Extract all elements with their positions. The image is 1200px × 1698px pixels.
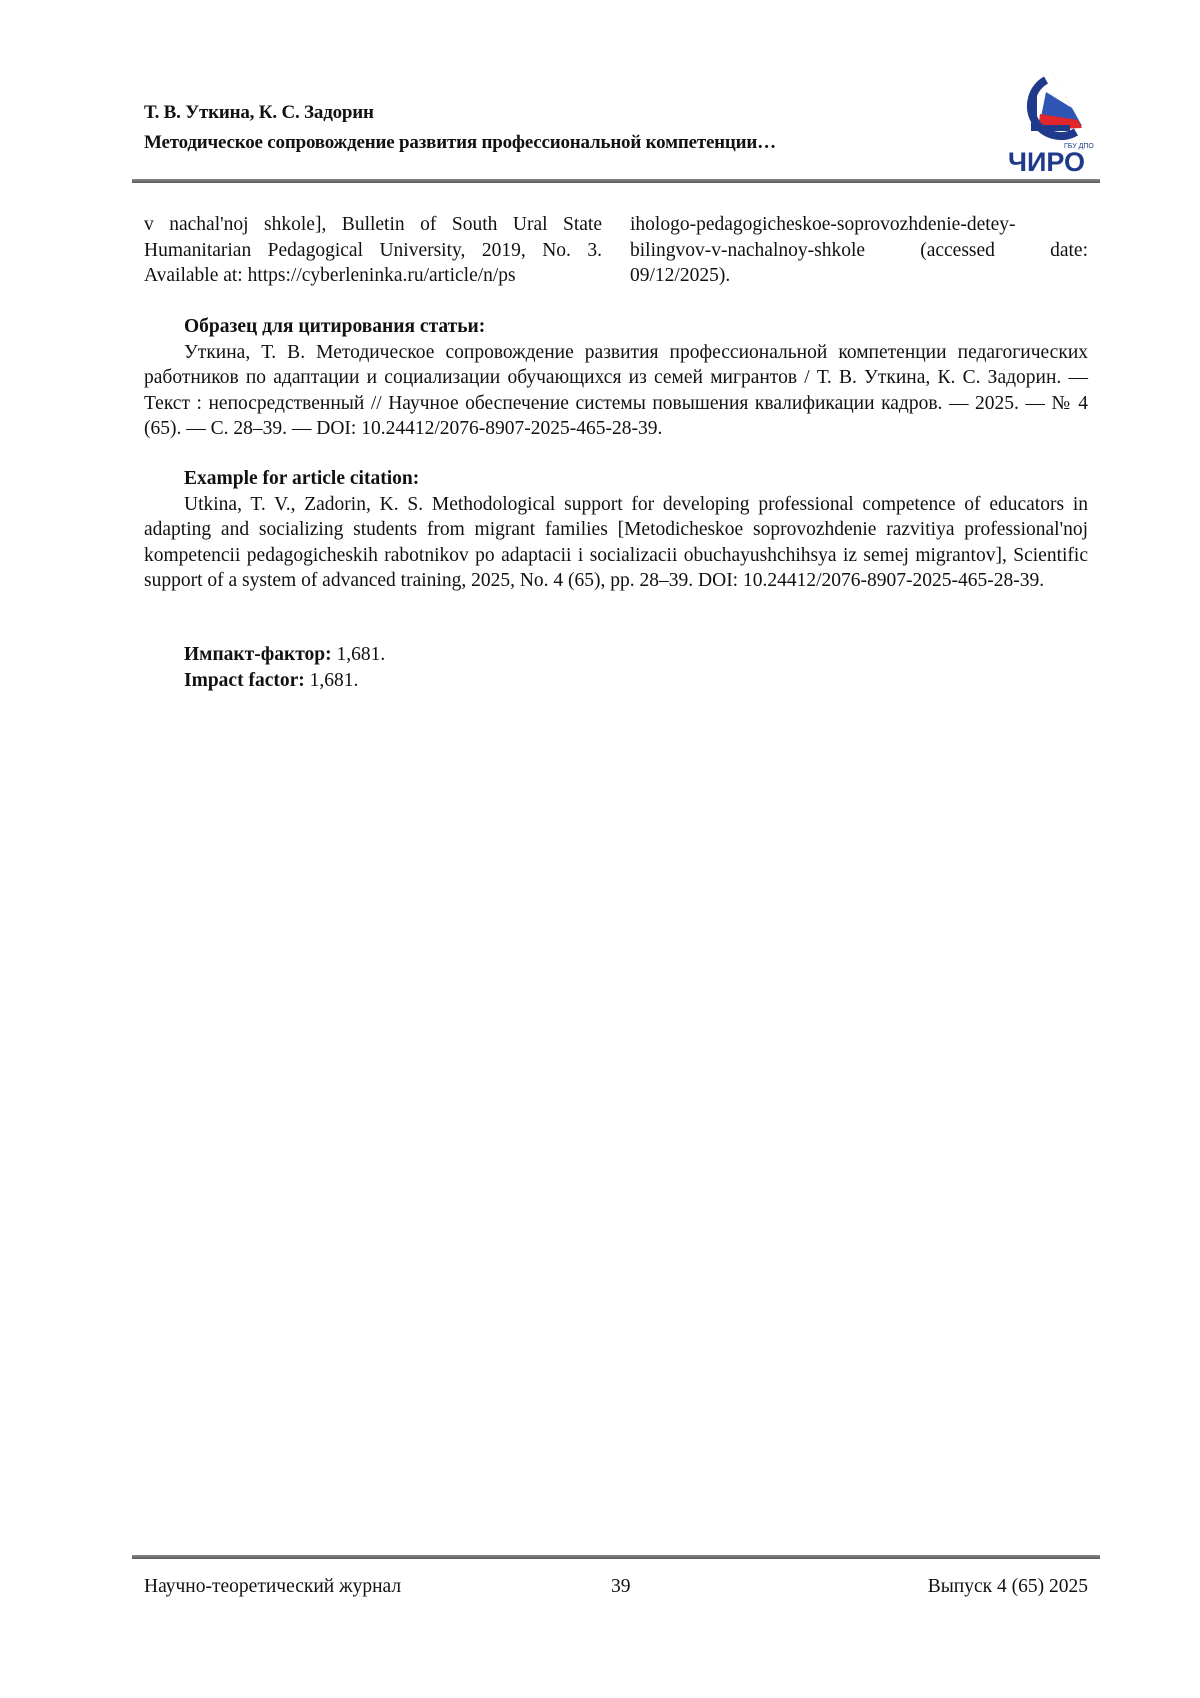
impact-factor-en-label: Impact factor: [184,670,305,691]
impact-factor-ru-label: Импакт-фактор: [184,644,332,665]
running-header: Т. В. Уткина, К. С. Задорин Методическое… [144,98,974,158]
references-tail: v nachal'noj shkole], Bulletin of South … [144,212,1088,289]
citation-en-text: Utkina, T. V., Zadorin, K. S. Methodolog… [144,492,1088,594]
impact-factor-ru: Импакт-фактор: 1,681. [144,642,1088,668]
chiro-logo-icon: ГБУ ДПО ЧИРО [1000,68,1100,174]
footer-issue: Выпуск 4 (65) 2025 [928,1574,1088,1600]
citation-ru: Образец для цитирования статьи: Уткина, … [144,314,1088,442]
reference-text-right: ihologo-pedagogicheskoe-soprovozhdenie-d… [630,212,1088,289]
header-article-title: Методическое сопровождение развития проф… [144,128,974,158]
references-right-column: ihologo-pedagogicheskoe-soprovozhdenie-d… [630,212,1088,289]
references-left-column: v nachal'noj shkole], Bulletin of South … [144,212,602,289]
header-rule [132,179,1100,183]
reference-text-left: v nachal'noj shkole], Bulletin of South … [144,212,602,289]
impact-factor: Импакт-фактор: 1,681. Impact factor: 1,6… [144,642,1088,693]
citation-ru-heading: Образец для цитирования статьи: [144,314,1088,340]
page-number: 39 [611,1574,631,1600]
impact-factor-ru-value: 1,681. [337,644,386,665]
header-authors: Т. В. Уткина, К. С. Задорин [144,98,974,128]
impact-factor-en: Impact factor: 1,681. [144,668,1088,694]
citation-en-heading: Example for article citation: [144,466,1088,492]
citation-ru-text: Уткина, Т. В. Методическое сопровождение… [144,340,1088,442]
impact-factor-en-value: 1,681. [310,670,359,691]
citation-en: Example for article citation: Utkina, T.… [144,466,1088,594]
logo-name: ЧИРО [1008,147,1085,174]
footer-journal-type: Научно-теоретический журнал [144,1574,401,1600]
journal-page: Т. В. Уткина, К. С. Задорин Методическое… [0,0,1200,1698]
footer-rule [132,1555,1100,1559]
